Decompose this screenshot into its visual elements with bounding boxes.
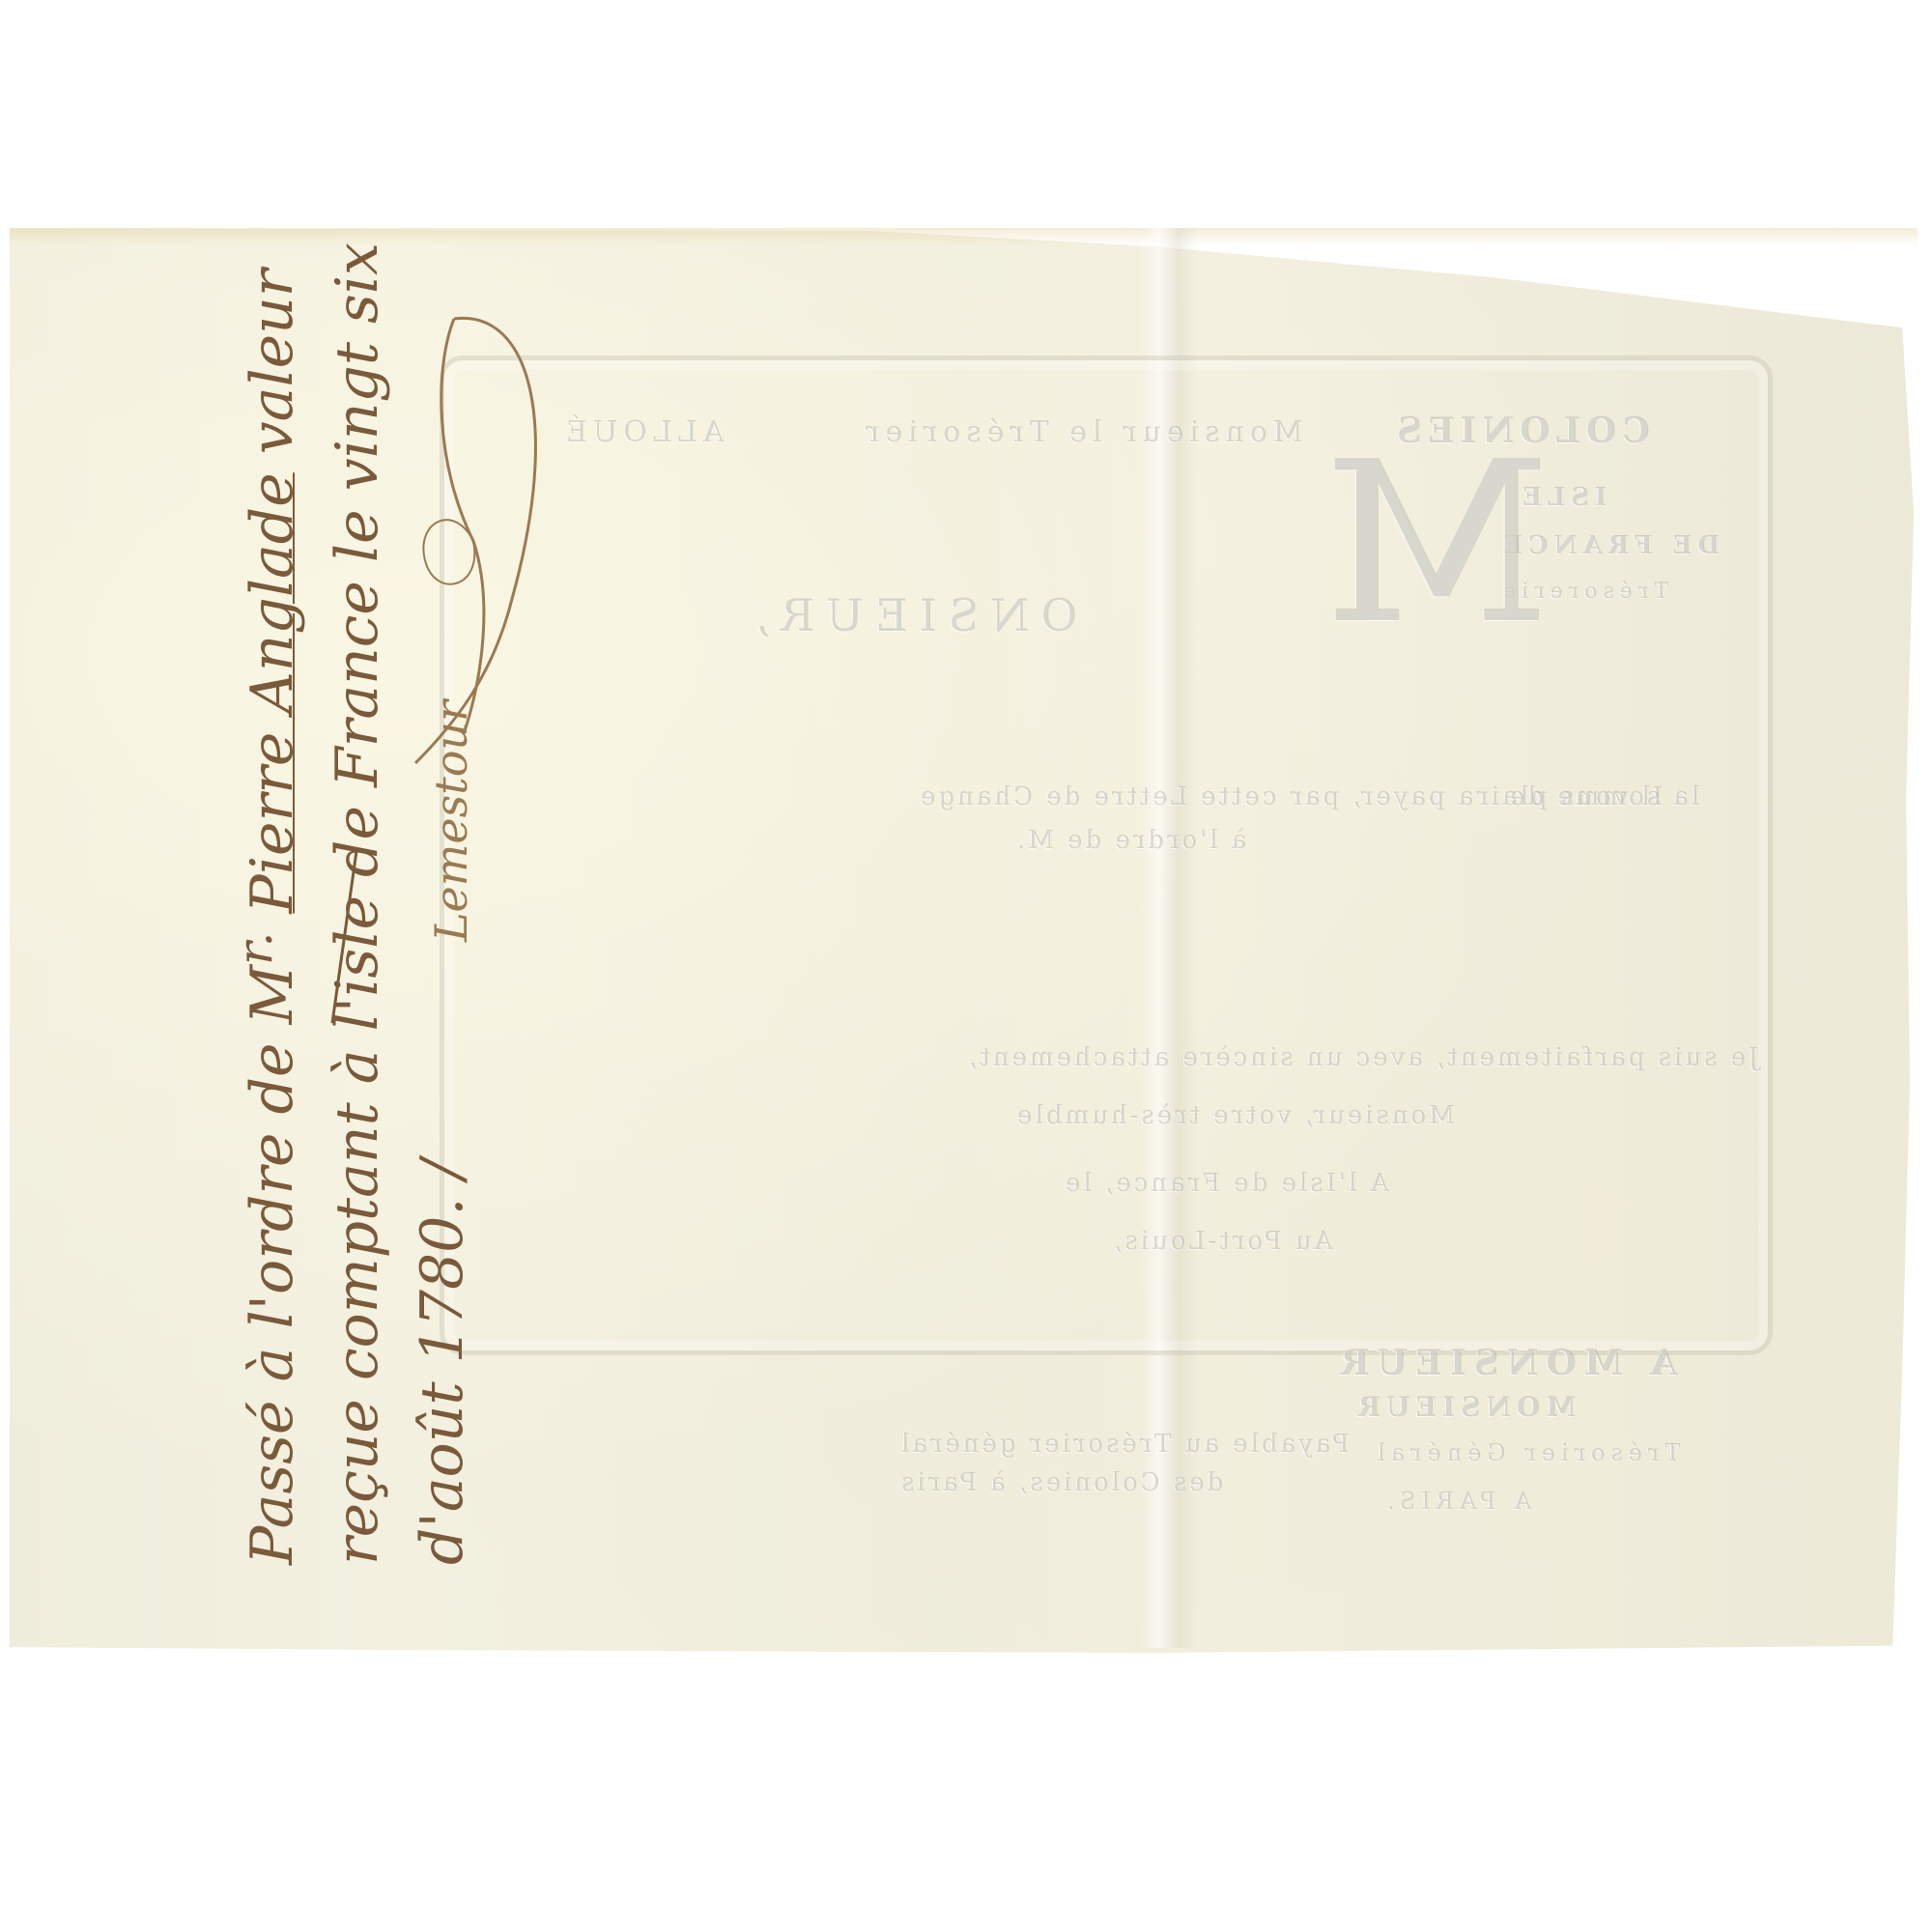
embossed-line: à l'ordre de M. bbox=[1014, 826, 1246, 855]
embossed-line: Je suis parfaitement, avec un sincère at… bbox=[966, 1043, 1758, 1072]
endorsement-text: valeur bbox=[239, 270, 306, 473]
embossed-address-line: MONSIEUR bbox=[1352, 1391, 1576, 1423]
payee-name: Pierre Anglade bbox=[239, 472, 306, 913]
embossed-initial: M bbox=[1323, 415, 1551, 673]
embossed-line: A l'Isle de France, le bbox=[1063, 1169, 1388, 1198]
endorsement-line-1: Passé à l'ordre de Mr. Pierre Anglade va… bbox=[213, 242, 315, 1565]
embossed-line: la somme de bbox=[1507, 782, 1699, 811]
embossed-address-line: Trésorier Général bbox=[1372, 1439, 1680, 1466]
embossed-line: Payable au Trésorier général bbox=[898, 1430, 1350, 1459]
endorsement-line-2: reçue comptant à l'isle de France le vin… bbox=[315, 242, 400, 1565]
embossed-line: Monsieur, votre très-humble bbox=[1014, 1101, 1455, 1130]
endorsement-superscript: r. bbox=[227, 932, 283, 965]
endorsement-text: Passé à l'ordre de M bbox=[239, 965, 306, 1565]
embossed-address-title: A MONSIEUR bbox=[1333, 1343, 1677, 1383]
embossed-address-line: A PARIS. bbox=[1381, 1488, 1531, 1515]
embossed-header-middle: Monsieur le Trésorier bbox=[860, 415, 1303, 449]
embossed-line: des Colonies, à Paris bbox=[898, 1468, 1223, 1497]
embossed-header-left: ALLOUÉ bbox=[560, 415, 724, 449]
embossed-salutation: ONSIEUR, bbox=[744, 589, 1077, 641]
embossed-line: Au Port-Louis, bbox=[1111, 1227, 1332, 1256]
signature-flourish-icon bbox=[396, 309, 560, 773]
